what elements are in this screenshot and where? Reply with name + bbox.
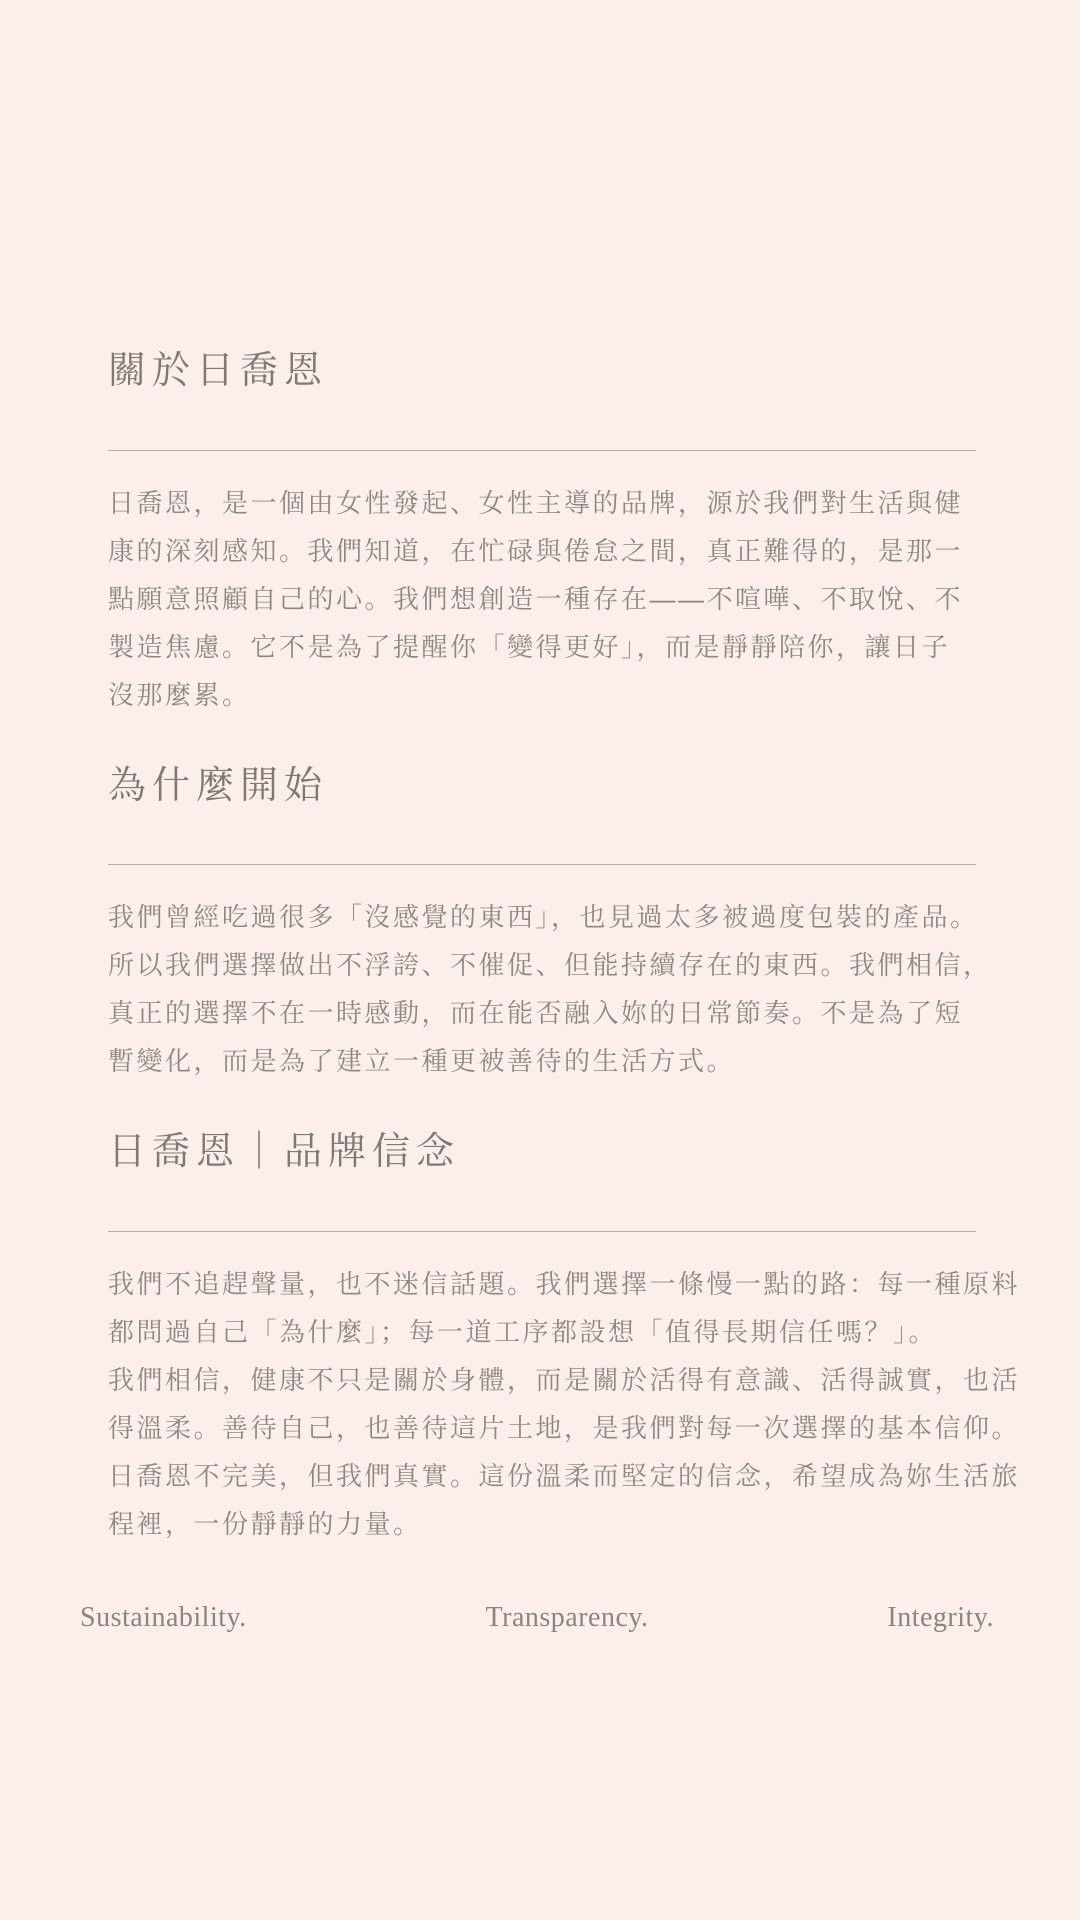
values-footer: Sustainability. Transparency. Integrity. [0, 1602, 1080, 1634]
section-about-title: 關於日喬恩 [108, 348, 1028, 396]
section-why-started: 為什麼開始 我們曾經吃過很多「沒感覺的東西」，也見過太多被過度包裝的產品。 所以… [108, 763, 1028, 1086]
section-brand-beliefs-body: 我們不追趕聲量，也不迷信話題。我們選擇一條慢一點的路：每一種原料 都問過自己「為… [108, 1260, 1028, 1548]
section-why-started-title: 為什麼開始 [108, 763, 1028, 811]
section-about-divider [108, 450, 976, 451]
footer-value-sustainability: Sustainability. [80, 1602, 247, 1634]
section-brand-beliefs: 日喬恩｜品牌信念 我們不追趕聲量，也不迷信話題。我們選擇一條慢一點的路：每一種原… [108, 1129, 1028, 1548]
page-content: 關於日喬恩 日喬恩，是一個由女性發起、女性主導的品牌，源於我們對生活與健 康的深… [0, 0, 1028, 1548]
footer-value-transparency: Transparency. [486, 1602, 649, 1634]
footer-value-integrity: Integrity. [887, 1602, 994, 1634]
section-why-started-divider [108, 864, 976, 865]
brand-about-page: { "theme": { "background_color": "#fceee… [0, 0, 1080, 1920]
section-brand-beliefs-divider [108, 1231, 976, 1232]
section-why-started-body: 我們曾經吃過很多「沒感覺的東西」，也見過太多被過度包裝的產品。 所以我們選擇做出… [108, 893, 1028, 1085]
section-brand-beliefs-title: 日喬恩｜品牌信念 [108, 1129, 1028, 1177]
section-about-body: 日喬恩，是一個由女性發起、女性主導的品牌，源於我們對生活與健 康的深刻感知。我們… [108, 479, 1028, 719]
section-about: 關於日喬恩 日喬恩，是一個由女性發起、女性主導的品牌，源於我們對生活與健 康的深… [108, 348, 1028, 719]
